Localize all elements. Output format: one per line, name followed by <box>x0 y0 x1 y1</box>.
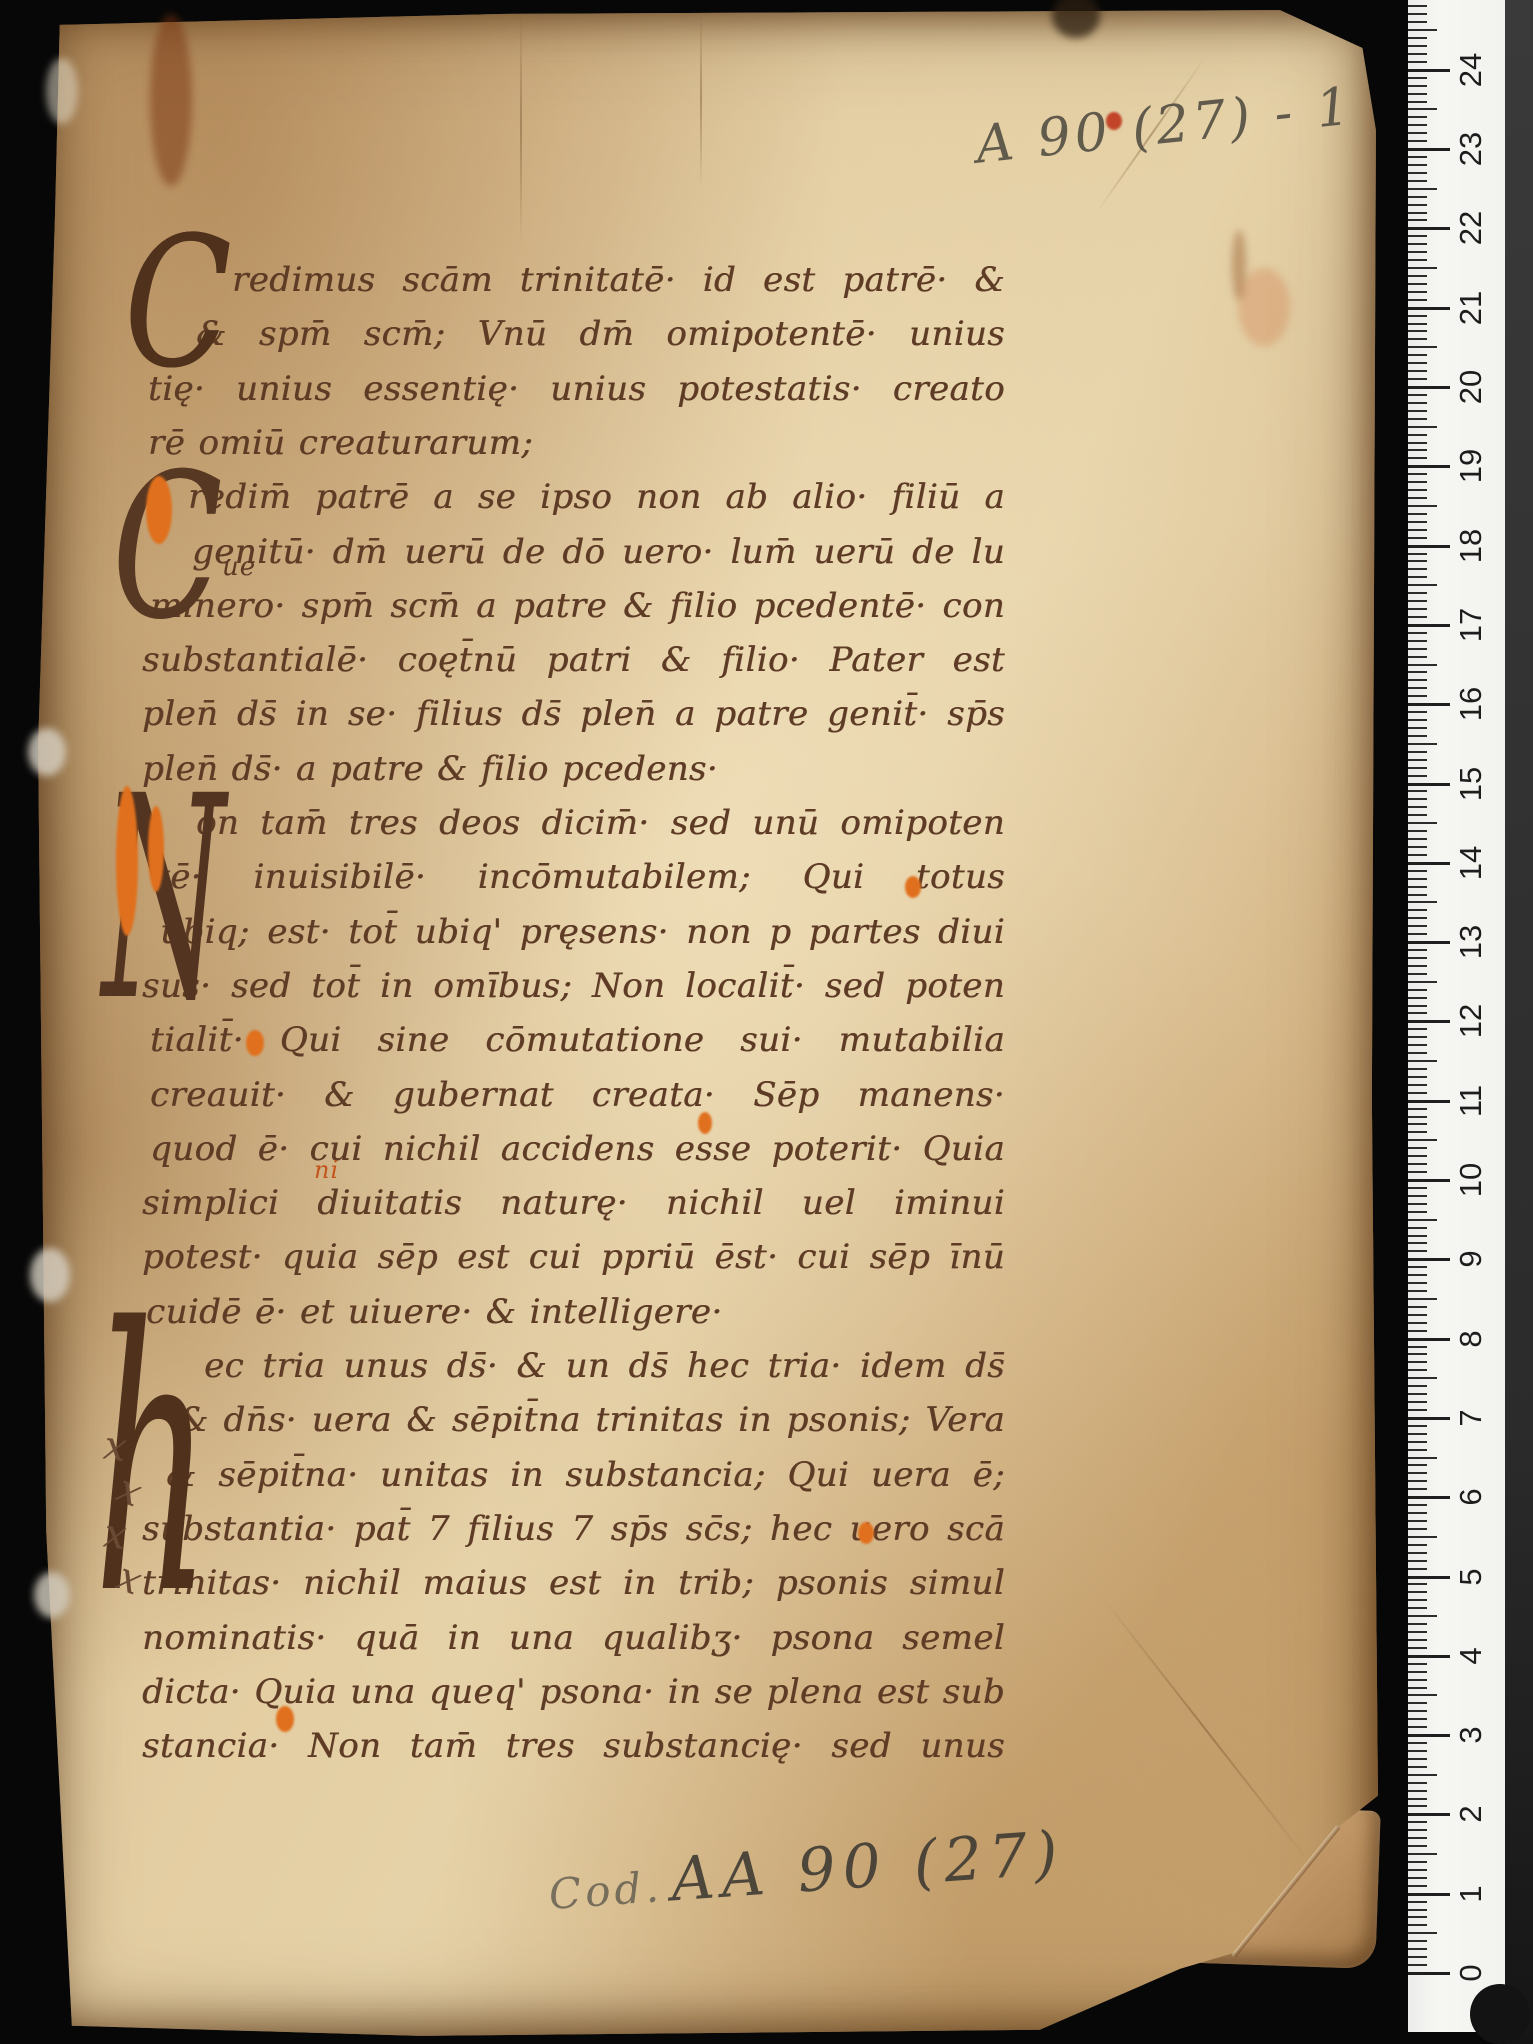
ruler-tick <box>1408 362 1427 364</box>
ruler-tick <box>1408 1139 1437 1141</box>
ruler-tick <box>1408 227 1450 230</box>
ruler-tick <box>1408 886 1427 888</box>
ruler-number: 1 <box>1453 1885 1489 1902</box>
ruler-tick <box>1408 568 1427 570</box>
manuscript-line: minero· spm̄ scm̄ a patre & filio pceden… <box>150 579 1005 633</box>
ruler-tick <box>1408 957 1427 959</box>
ruler-tick <box>1408 1219 1437 1221</box>
ruler-tick <box>1408 616 1427 618</box>
ruler-tick <box>1408 1893 1450 1896</box>
ruler-tick <box>1408 21 1427 23</box>
ruler-tick <box>1408 608 1427 610</box>
ruler-tick <box>1408 1671 1427 1673</box>
manuscript-line: ec tria unus ds̄· & un ds̄ hec tria· ide… <box>204 1339 1005 1393</box>
ruler-tick <box>1408 1449 1427 1451</box>
manuscript-line: quod ē· cui nichil accidens esse poterit… <box>150 1122 1005 1176</box>
ruler-tick <box>1408 1330 1427 1332</box>
manuscript-line: stancia· Non tam̄ tres substancię· sed u… <box>142 1719 1005 1773</box>
ruler-number: 21 <box>1453 290 1489 324</box>
ruler-tick <box>1408 1655 1450 1658</box>
centimeter-ruler: 0123456789101112131415161718192021222324 <box>1408 0 1505 2032</box>
ruler-number: 24 <box>1453 53 1489 87</box>
ruler-tick <box>1408 917 1427 919</box>
ruler-tick <box>1408 1068 1427 1070</box>
ruler-tick <box>1408 941 1450 944</box>
ruler-tick <box>1408 751 1427 753</box>
ruler-tick <box>1408 180 1427 182</box>
ruler-tick <box>1408 219 1427 221</box>
ruler-tick <box>1408 1346 1427 1348</box>
ruler-tick <box>1408 69 1450 72</box>
ruler-tick <box>1408 116 1427 118</box>
ruler-tick <box>1408 1235 1427 1237</box>
ruler-number: 11 <box>1453 1085 1489 1117</box>
manuscript-line: tē· inuisibilē· incōmutabilem; Qui totus <box>156 850 1005 904</box>
ruler-tick <box>1408 1552 1427 1554</box>
ruler-tick <box>1408 870 1427 872</box>
manuscript-line: cuidē ē· et uiuere· & intelligere· <box>146 1285 1005 1339</box>
ruler-number: 23 <box>1453 132 1489 166</box>
manuscript-line: & spm̄ scm̄; Vnū dm̄ omipotentē· unius s… <box>196 307 1005 361</box>
ruler-tick <box>1408 1909 1427 1911</box>
ruler-tick <box>1408 878 1427 880</box>
ruler-tick <box>1408 434 1427 436</box>
ruler-tick <box>1408 283 1427 285</box>
ruler-tick <box>1408 1044 1427 1046</box>
ruler-tick <box>1408 1948 1427 1950</box>
ruler-tick <box>1408 1687 1427 1689</box>
ruler-tick <box>1408 172 1427 174</box>
ruler-tick <box>1408 132 1427 134</box>
ruler-tick <box>1408 1829 1427 1831</box>
ruler-tick <box>1408 243 1427 245</box>
ruler-tick <box>1408 513 1427 515</box>
illuminated-initial: C <box>124 214 231 394</box>
ruler-tick <box>1408 521 1427 523</box>
ruler-tick <box>1408 1504 1427 1506</box>
ruler-tick <box>1408 394 1427 396</box>
ruler-tick <box>1408 1195 1427 1197</box>
ruler-tick <box>1408 29 1437 31</box>
ruler-tick <box>1408 767 1427 769</box>
ruler-tick <box>1408 1322 1427 1324</box>
ruler-tick <box>1408 101 1427 103</box>
ruler-number: 17 <box>1453 608 1489 642</box>
ruler-tick <box>1408 1036 1427 1038</box>
ruler-tick <box>1408 45 1427 47</box>
ruler-tick <box>1408 449 1427 451</box>
ruler-tick <box>1408 1821 1427 1823</box>
ruler-tick <box>1408 1060 1437 1062</box>
ruler-tick <box>1408 830 1427 832</box>
ruler-tick <box>1408 1790 1427 1792</box>
rubric-dot <box>246 1030 264 1056</box>
ruler-tick <box>1408 1131 1427 1133</box>
ruler-tick <box>1408 1615 1437 1617</box>
manuscript-line: plen̄ ds̄· a patre & filio pcedens· <box>142 742 1005 796</box>
ruler-number: 0 <box>1453 1964 1489 1981</box>
ruler-tick <box>1408 148 1450 151</box>
ruler-tick <box>1408 267 1437 269</box>
ruler-tick <box>1408 933 1427 935</box>
ruler-tick <box>1408 1544 1427 1546</box>
ruler-tick <box>1408 1314 1427 1316</box>
ruler-tick <box>1408 505 1437 507</box>
ruler-tick <box>1408 576 1427 578</box>
ruler-number: 16 <box>1453 687 1489 721</box>
ruler-tick <box>1408 1401 1427 1403</box>
ruler-tick <box>1408 1536 1437 1538</box>
ruler-tick <box>1408 1885 1427 1887</box>
initial-orange-infill <box>146 476 172 544</box>
ruler-tick <box>1408 1393 1427 1395</box>
ruler-tick <box>1408 671 1427 673</box>
bottom-shelfmark-prefix: Cod. <box>547 1862 664 1919</box>
manuscript-line: simplici diuitatis naturę· nichil uel im… <box>142 1176 1005 1230</box>
manuscript-line: dicta· Quia una queq' psona· in se plena… <box>142 1665 1005 1719</box>
ruler-tick <box>1408 1084 1427 1086</box>
ruler-number: 3 <box>1453 1726 1489 1743</box>
ruler-tick <box>1408 307 1450 310</box>
ruler-tick <box>1408 1837 1427 1839</box>
ruler-tick <box>1408 5 1427 7</box>
manuscript-line: substantia· pat̄ 7 filius 7 sp̄s sc̄s; h… <box>142 1502 1005 1556</box>
ruler-tick <box>1408 1266 1427 1268</box>
ruler-tick <box>1408 1718 1427 1720</box>
ruler-tick <box>1408 402 1427 404</box>
ruler-tick <box>1408 560 1427 562</box>
ruler-tick <box>1408 1623 1427 1625</box>
ruler-tick <box>1408 997 1427 999</box>
interlinear-correction: ue <box>222 552 256 582</box>
manuscript-line: nominatis· quā in una qualibʒ· psona sem… <box>142 1611 1005 1665</box>
ruler-tick <box>1408 711 1427 713</box>
manuscript-line: substantialē· coęt̄nū patri & filio· Pat… <box>142 633 1005 687</box>
ruler-tick <box>1408 1250 1427 1252</box>
ruler-number: 7 <box>1453 1409 1489 1426</box>
ruler-tick <box>1408 798 1427 800</box>
ruler-tick <box>1408 1528 1427 1530</box>
ruler-tick <box>1408 1972 1450 1975</box>
ruler-tick <box>1408 1116 1427 1118</box>
ruler-tick <box>1408 1877 1427 1879</box>
ruler-tick <box>1408 1282 1427 1284</box>
ruler-tick <box>1408 640 1427 642</box>
ruler-tick <box>1408 1798 1427 1800</box>
ruler-tick <box>1408 1845 1427 1847</box>
ruler-tick <box>1408 529 1427 531</box>
ruler-number: 4 <box>1453 1647 1489 1664</box>
ruler-tick <box>1408 156 1427 158</box>
ruler-tick <box>1408 61 1427 63</box>
ruler-tick <box>1408 1583 1427 1585</box>
ruler-tick <box>1408 1932 1437 1934</box>
ruler-tick <box>1408 1647 1427 1649</box>
ruler-tick <box>1408 1599 1427 1601</box>
ruler-tick <box>1408 37 1427 39</box>
manuscript-line: on tam̄ tres deos dicim̄· sed unū omipot… <box>196 796 1005 850</box>
ruler-tick <box>1408 1869 1427 1871</box>
ruler-number: 12 <box>1453 1004 1489 1038</box>
manuscript-line: tialit̄· Qui sine cōmutatione sui· mutab… <box>150 1013 1005 1067</box>
ruler-tick <box>1408 949 1427 951</box>
ruler-tick <box>1408 235 1427 237</box>
ruler-hole <box>1470 1984 1530 2044</box>
manuscript-line: potest· quia sēp est cui ppriū ēst· cui … <box>142 1230 1005 1284</box>
ruler-tick <box>1408 442 1427 444</box>
ruler-tick <box>1408 378 1427 380</box>
ruler-number: 9 <box>1453 1251 1489 1268</box>
ruler-tick <box>1408 354 1427 356</box>
ruler-tick <box>1408 1560 1427 1562</box>
ruler-tick <box>1408 1242 1427 1244</box>
ruler-tick <box>1408 727 1427 729</box>
ruler-tick <box>1408 1012 1427 1014</box>
ruler-tick <box>1408 1480 1427 1482</box>
manuscript-line: & dn̄s· uera & sēpit̄na trinitas in pson… <box>178 1393 1005 1447</box>
ruler-tick <box>1408 1203 1427 1205</box>
ruler-tick <box>1408 1639 1427 1641</box>
ruler-tick <box>1408 1353 1427 1355</box>
rubric-dot <box>858 1522 874 1544</box>
ruler-tick <box>1408 465 1450 468</box>
ruler-tick <box>1408 1631 1427 1633</box>
ruler-tick <box>1408 370 1427 372</box>
ruler-tick <box>1408 1576 1450 1579</box>
ruler-tick <box>1408 291 1427 293</box>
ruler-tick <box>1408 1734 1450 1737</box>
ruler-tick <box>1408 13 1427 15</box>
ruler-tick <box>1408 973 1427 975</box>
ruler-tick <box>1408 1512 1427 1514</box>
ruler-tick <box>1408 1385 1427 1387</box>
ruler-tick <box>1408 695 1427 697</box>
ruler-tick <box>1408 553 1427 555</box>
ruler-tick <box>1408 743 1437 745</box>
ruler-tick <box>1408 1924 1427 1926</box>
ruler-tick <box>1408 1853 1437 1855</box>
ruler-tick <box>1408 1441 1427 1443</box>
ruler-tick <box>1408 759 1427 761</box>
ruler-number: 20 <box>1453 370 1489 404</box>
ruler-tick <box>1408 775 1427 777</box>
ruler-tick <box>1408 77 1427 79</box>
ruler-tick <box>1408 1568 1427 1570</box>
ruler-tick <box>1408 600 1427 602</box>
ruler-tick <box>1408 1369 1427 1371</box>
ruler-tick <box>1408 196 1427 198</box>
ruler-tick <box>1408 1782 1427 1784</box>
ruler-tick <box>1408 275 1427 277</box>
ruler-tick <box>1408 1100 1450 1103</box>
ruler-tick <box>1408 592 1427 594</box>
ruler-tick <box>1408 719 1427 721</box>
ruler-tick <box>1408 323 1427 325</box>
ruler-tick <box>1408 783 1450 786</box>
ruler-tick <box>1408 584 1437 586</box>
initial-orange-infill <box>116 786 138 936</box>
ruler-tick <box>1408 1805 1427 1807</box>
ruler-tick <box>1408 204 1427 206</box>
ruler-tick <box>1408 1861 1427 1863</box>
ruler-tick <box>1408 1211 1427 1213</box>
ruler-tick <box>1408 140 1427 142</box>
manuscript-line: redimus scām trinitatē· id est patrē· & … <box>232 253 1005 307</box>
ruler-tick <box>1408 1702 1427 1704</box>
ruler-tick <box>1408 1020 1450 1023</box>
ruler-number: 19 <box>1453 449 1489 483</box>
ruler-tick <box>1408 1290 1427 1292</box>
ruler-tick <box>1408 457 1427 459</box>
ruler-tick <box>1408 1179 1450 1182</box>
ruler-tick <box>1408 806 1427 808</box>
rubric-dot <box>698 1112 712 1134</box>
ruler-tick <box>1408 497 1427 499</box>
ruler-tick <box>1408 1726 1427 1728</box>
ruler-tick <box>1408 1940 1427 1942</box>
ruler-tick <box>1408 1813 1450 1816</box>
manuscript-line: ubiq; est· tot̄ ubiq' pręsens· non p par… <box>160 905 1005 959</box>
ruler-tick <box>1408 790 1427 792</box>
ruler-tick <box>1408 259 1427 261</box>
manuscript-line: plen̄ ds̄ in se· filius ds̄ plen̄ a patr… <box>142 687 1005 741</box>
ruler-tick <box>1408 1298 1437 1300</box>
ruler-tick <box>1408 386 1450 389</box>
ruler-tick <box>1408 1916 1427 1918</box>
text-block: redimus scām trinitatē· id est patrē· & … <box>0 0 1533 2044</box>
ruler-tick <box>1408 315 1427 317</box>
ruler-tick <box>1408 656 1427 658</box>
ruler-number: 6 <box>1453 1489 1489 1506</box>
ruler-tick <box>1408 338 1427 340</box>
ruler-number: 22 <box>1453 211 1489 245</box>
ruler-tick <box>1408 648 1427 650</box>
ruler-tick <box>1408 1155 1427 1157</box>
ruler-tick <box>1408 1496 1450 1499</box>
ruler-tick <box>1408 1187 1427 1189</box>
ruler-tick <box>1408 679 1427 681</box>
ruler-tick <box>1408 846 1427 848</box>
ruler-tick <box>1408 1694 1437 1696</box>
ruler-tick <box>1408 624 1450 627</box>
ruler-tick <box>1408 537 1427 539</box>
manuscript-line: rē omiū creaturarum; <box>148 416 1005 470</box>
ruler-tick <box>1408 85 1427 87</box>
ruler-tick <box>1408 822 1437 824</box>
ruler-tick <box>1408 93 1427 95</box>
ruler-tick <box>1408 1766 1427 1768</box>
ruler-tick <box>1408 1123 1427 1125</box>
ruler-tick <box>1408 1425 1427 1427</box>
ruler-tick <box>1408 299 1427 301</box>
manuscript-line: & sēpit̄na· unitas in substancia; Qui ue… <box>166 1448 1005 1502</box>
ruler-tick <box>1408 1147 1427 1149</box>
ruler-tick <box>1408 894 1427 896</box>
ruler-tick <box>1408 862 1450 865</box>
ruler-tick <box>1408 989 1427 991</box>
ruler-tick <box>1408 410 1427 412</box>
ruler-tick <box>1408 632 1427 634</box>
ruler-tick <box>1408 346 1437 348</box>
ruler-number: 15 <box>1453 766 1489 800</box>
ruler-tick <box>1408 1758 1427 1760</box>
ruler-tick <box>1408 1520 1427 1522</box>
ruler-tick <box>1408 330 1427 332</box>
ruler-tick <box>1408 1227 1427 1229</box>
ruler-tick <box>1408 838 1427 840</box>
ruler-number: 8 <box>1453 1330 1489 1347</box>
ruler-number: 18 <box>1453 528 1489 562</box>
ruler-tick <box>1408 687 1427 689</box>
ruler-tick <box>1408 909 1427 911</box>
ruler-tick <box>1408 1258 1450 1261</box>
backing-board-edge <box>1505 0 1533 2044</box>
ruler-tick <box>1408 664 1437 666</box>
ruler-number: 14 <box>1453 846 1489 880</box>
ruler-tick <box>1408 1433 1427 1435</box>
ruler-number: 10 <box>1453 1163 1489 1197</box>
ruler-tick <box>1408 545 1450 548</box>
ruler-number: 2 <box>1453 1806 1489 1823</box>
ruler-tick <box>1408 1663 1427 1665</box>
ruler-tick <box>1408 1964 1427 1966</box>
manuscript-line: creauit· & gubernat creata· Sēp manens· <box>150 1068 1005 1122</box>
photograph-of-manuscript-page: redimus scām trinitatē· id est patrē· & … <box>0 0 1533 2044</box>
ruler-tick <box>1408 1377 1437 1379</box>
ruler-number: 13 <box>1453 925 1489 959</box>
ruler-tick <box>1408 1005 1427 1007</box>
ruler-tick <box>1408 1274 1427 1276</box>
ruler-tick <box>1408 925 1427 927</box>
initial-orange-infill <box>148 806 164 892</box>
ruler-tick <box>1408 481 1427 483</box>
manuscript-line: genitū· dm̄ uerū de dō uero· lum̄ uerū d… <box>192 525 1005 579</box>
ruler-tick <box>1408 1488 1427 1490</box>
ruler-tick <box>1408 418 1427 420</box>
manuscript-line: trinitas· nichil maius est in trib; pson… <box>142 1556 1005 1610</box>
ruler-tick <box>1408 108 1437 110</box>
ruler-tick <box>1408 212 1427 214</box>
ruler-tick <box>1408 901 1437 903</box>
ruler-tick <box>1408 1457 1437 1459</box>
ruler-tick <box>1408 426 1437 428</box>
ruler-tick <box>1408 1901 1427 1903</box>
ruler-tick <box>1408 489 1427 491</box>
ruler-tick <box>1408 814 1427 816</box>
interlinear-correction: ni <box>314 1156 339 1184</box>
ruler-tick <box>1408 1338 1450 1341</box>
ruler-tick <box>1408 1052 1427 1054</box>
ruler-tick <box>1408 1956 1427 1958</box>
ruler-tick <box>1408 981 1437 983</box>
ruler-tick <box>1408 1774 1437 1776</box>
ruler-tick <box>1408 965 1427 967</box>
ruler-tick <box>1408 703 1450 706</box>
rubric-dot <box>276 1706 294 1732</box>
ruler-tick <box>1408 1464 1427 1466</box>
ruler-tick <box>1408 1607 1427 1609</box>
ruler-tick <box>1408 473 1427 475</box>
ruler-tick <box>1408 164 1427 166</box>
ruler-tick <box>1408 1163 1427 1165</box>
manuscript-line: tię· unius essentię· unius potestatis· c… <box>148 362 1005 416</box>
ruler-tick <box>1408 1306 1427 1308</box>
ruler-tick <box>1408 854 1427 856</box>
ruler-tick <box>1408 735 1427 737</box>
ruler-tick <box>1408 1472 1427 1474</box>
ruler-number: 5 <box>1453 1568 1489 1585</box>
ruler-tick <box>1408 251 1427 253</box>
